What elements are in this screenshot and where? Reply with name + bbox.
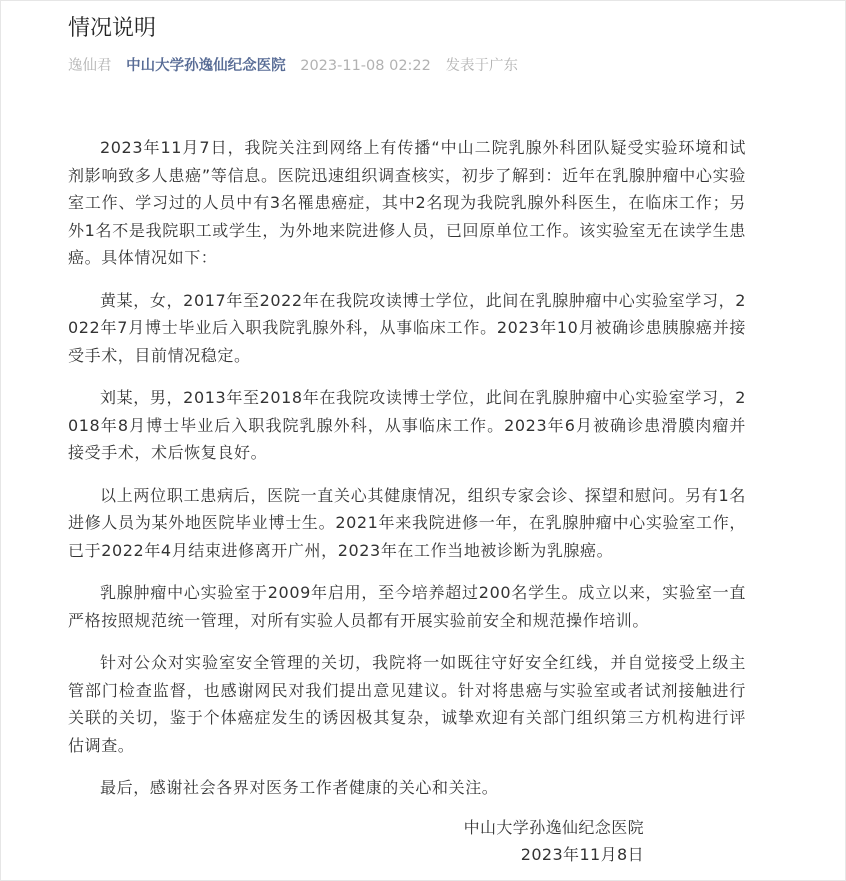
- paragraph-response: 针对公众对实验室安全管理的关切，我院将一如既往守好安全红线，并自觉接受上级主管部…: [68, 649, 746, 759]
- paragraph-case-huang: 黄某，女，2017年至2022年在我院攻读博士学位，此间在乳腺肿瘤中心实验室学习…: [68, 287, 746, 370]
- signature-organization: 中山大学孙逸仙纪念医院: [464, 814, 644, 841]
- signature-block: 中山大学孙逸仙纪念医院 2023年11月8日: [464, 814, 644, 868]
- paragraph-case-liu: 刘某，男，2013年至2018年在我院攻读博士学位，此间在乳腺肿瘤中心实验室学习…: [68, 384, 746, 467]
- publish-location: 发表于广东: [446, 58, 519, 74]
- author-name: 逸仙君: [68, 58, 112, 74]
- article-title: 情况说明: [68, 14, 156, 44]
- article-body: 2023年11月7日，我院关注到网络上有传播“中山二院乳腺外科团队疑受实验环境和…: [68, 134, 746, 817]
- article-meta: 逸仙君 中山大学孙逸仙纪念医院 2023-11-08 02:22 发表于广东: [68, 56, 528, 76]
- paragraph-intro: 2023年11月7日，我院关注到网络上有传播“中山二院乳腺外科团队疑受实验环境和…: [68, 134, 746, 272]
- article-page: 情况说明 逸仙君 中山大学孙逸仙纪念医院 2023-11-08 02:22 发表…: [0, 0, 846, 881]
- paragraph-closing: 最后，感谢社会各界对医务工作者健康的关心和关注。: [68, 774, 746, 802]
- signature-date: 2023年11月8日: [464, 841, 644, 868]
- publish-time: 2023-11-08 02:22: [300, 58, 431, 74]
- paragraph-lab-history: 乳腺肿瘤中心实验室于2009年启用，至今培养超过200名学生。成立以来，实验室一…: [68, 579, 746, 634]
- account-name-link[interactable]: 中山大学孙逸仙纪念医院: [126, 58, 286, 74]
- paragraph-followup: 以上两位职工患病后，医院一直关心其健康情况，组织专家会诊、探望和慰问。另有1名进…: [68, 482, 746, 565]
